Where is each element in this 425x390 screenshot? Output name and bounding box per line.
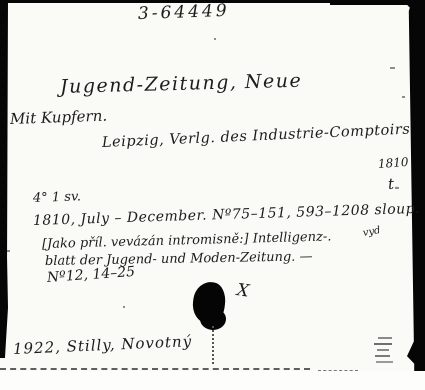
scan-speck: [214, 38, 216, 40]
stamp-mark: [374, 343, 392, 345]
imprint-year: 1810: [378, 155, 409, 171]
card-bottom-edge: [0, 368, 310, 370]
format-statement: 4° 1 sv.: [33, 189, 81, 206]
call-number: 3-64449: [138, 1, 230, 24]
stamp-mark: [375, 355, 390, 357]
ink-drip-line: [212, 326, 214, 364]
scan-speck: [7, 250, 10, 252]
scan-speck: [390, 67, 395, 69]
scanned-catalog-card: 3-64449 Jugend-Zeitung, Neue Mit Kupfern…: [0, 0, 425, 390]
illustration-note: Mit Kupfern.: [10, 107, 108, 128]
scan-speck: [395, 187, 399, 189]
scan-edge-left: [0, 0, 8, 358]
scan-speck: [402, 96, 405, 98]
stamp-mark: [378, 337, 392, 339]
scan-speck: [123, 306, 125, 308]
letter-mark: t.: [388, 174, 400, 193]
stamp-mark: [377, 349, 389, 351]
faint-stamp: [374, 337, 398, 365]
card-bottom-edge-right: [318, 370, 358, 371]
stamp-mark: [376, 361, 393, 363]
